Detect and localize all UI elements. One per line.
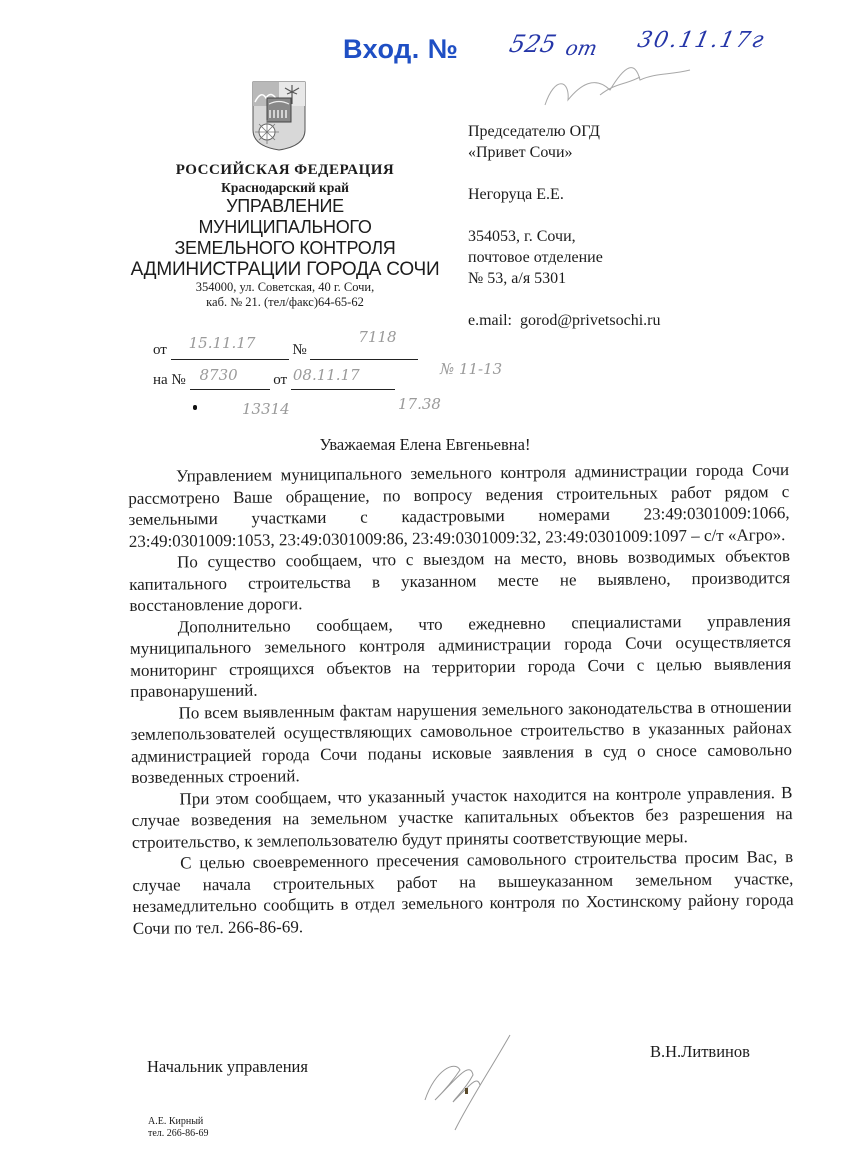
reply-to-value: 8730 (200, 366, 238, 384)
reply-to-field: 8730 (190, 372, 270, 390)
addressee-city: 354053, г. Сочи, (468, 226, 768, 247)
letterhead-org-line: АДМИНИСТРАЦИИ ГОРОДА СОЧИ (130, 259, 440, 280)
from-date-value: 15.11.17 (189, 334, 256, 352)
letterhead-org-line: ЗЕМЕЛЬНОГО КОНТРОЛЯ (130, 238, 440, 259)
letterhead: РОССИЙСКАЯ ФЕДЕРАЦИЯ Краснодарский край … (130, 158, 440, 310)
reply-from-field: 08.11.17 (291, 372, 395, 390)
number-label: № (292, 342, 306, 358)
addressee-po-box: № 53, а/я 5301 (468, 268, 768, 289)
letterhead-org-line: УПРАВЛЕНИЕ (130, 196, 440, 217)
executor-block: А.Е. Кирный тел. 266-86-69 (148, 1116, 208, 1140)
addressee-post-office: почтовое отделение (468, 247, 768, 268)
outgoing-number-value: 7118 (358, 328, 396, 346)
email-label: e.mail: (468, 312, 512, 329)
letterhead-address: 354000, ул. Советская, 40 г. Сочи, (130, 280, 440, 295)
letterhead-org-line: МУНИЦИПАЛЬНОГО (130, 217, 440, 238)
addressee-email-row: e.mail: gorod@privetsochi.ru (468, 310, 768, 331)
reply-from-label: от (273, 372, 287, 388)
incoming-date: 30.11.17г (635, 28, 767, 53)
letterhead-country: РОССИЙСКАЯ ФЕДЕРАЦИЯ (130, 162, 440, 179)
body-paragraph: Управлением муниципального земельного ко… (128, 459, 790, 552)
incoming-stamp-label: Вход. № (343, 34, 458, 65)
body-paragraph: По существо сообщаем, что с выездом на м… (129, 545, 791, 616)
from-date-field: 15.11.17 (171, 342, 289, 360)
reply-from-value: 08.11.17 (293, 366, 360, 384)
body-paragraph: При этом сообщаем, что указанный участок… (131, 782, 793, 853)
executor-name: А.Е. Кирный (148, 1116, 208, 1128)
handwritten-signature-icon (415, 1030, 525, 1140)
reply-extra-note: № 11-13 (440, 360, 502, 378)
reply-to-label: на № (153, 372, 186, 388)
body-paragraph: По всем выявленным фактам нарушения земе… (130, 696, 792, 789)
dot-mark (193, 405, 197, 410)
addressee-position: Председателю ОГД (468, 121, 768, 142)
outgoing-number-field: 7118 (310, 342, 418, 360)
letterhead-phone: каб. № 21. (тел/факс)64-65-62 (130, 295, 440, 310)
registration-note-2: 17.38 (398, 395, 441, 413)
body-paragraph: Дополнительно сообщаем, что ежедневно сп… (130, 610, 792, 703)
incoming-number: 525 (507, 30, 559, 58)
addressee-name: Негоруца Е.Е. (468, 184, 768, 205)
body-paragraph: С целью своевременного пресечения самово… (132, 846, 794, 939)
registration-note-1: 13314 (242, 400, 290, 418)
pencil-signature-icon (540, 55, 710, 115)
signatory-name: В.Н.Литвинов (650, 1042, 750, 1062)
letter-body: Управлением муниципального земельного ко… (128, 459, 794, 939)
salutation: Уважаемая Елена Евгеньевна! (0, 435, 850, 455)
letterhead-region: Краснодарский край (130, 180, 440, 196)
executor-phone: тел. 266-86-69 (148, 1128, 208, 1140)
registration-row-reply: на № 8730 от 08.11.17 (153, 372, 395, 390)
email-value: gorod@privetsochi.ru (520, 312, 660, 329)
signatory-title: Начальник управления (147, 1057, 308, 1077)
from-label: от (153, 342, 167, 358)
coat-of-arms-icon (251, 80, 307, 152)
addressee-block: Председателю ОГД «Привет Сочи» Негоруца … (468, 121, 768, 331)
registration-row-outgoing: от 15.11.17 № 7118 (153, 342, 418, 360)
addressee-organization: «Привет Сочи» (468, 142, 768, 163)
